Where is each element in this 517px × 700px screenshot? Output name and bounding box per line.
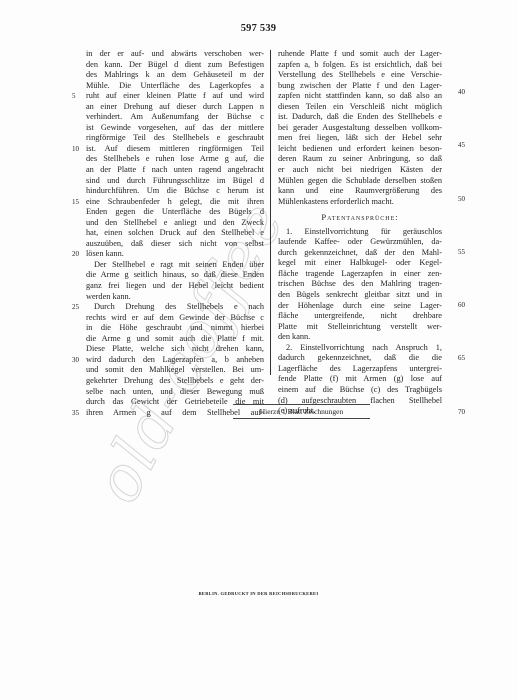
text-line: zapfen a, b folgen. Es ist ersichtlich, …: [278, 60, 442, 71]
claims-heading: Patentansprüche:: [278, 212, 442, 223]
line-number: 40: [458, 88, 465, 96]
text-line: durch gekennzeichnet, daß der den Mahl-: [278, 248, 442, 259]
text-line: fläche untergreifende, nicht drehbare: [278, 311, 442, 322]
text-line: Mühlen gegen die Schublade derselben sto…: [278, 176, 442, 187]
text-line: den Bügels senkrecht gleitbar sitzt und …: [278, 290, 442, 301]
line-number: 55: [458, 248, 465, 256]
line-number: 70: [458, 408, 465, 416]
text-line: ist. Auf diesem mittleren ringförmigen T…: [86, 144, 264, 155]
text-line: Diese Platte, welche sich nicht drehen k…: [86, 344, 264, 355]
text-line: des Stellhebels e ruhen lose Arme g auf,…: [86, 154, 264, 165]
text-line: laufende Kaffee- oder Gewürzmühlen, da-: [278, 237, 442, 248]
text-line: gekehrter Drehung des Stellhebels e geht…: [86, 376, 264, 387]
right-column: ruhende Platte f und somit auch der Lage…: [278, 49, 442, 417]
line-number: 30: [72, 356, 84, 364]
text-line: Mühlenkastens erforderlich macht.: [278, 197, 442, 208]
text-line: kann und eine Raumvergrößerung des: [278, 186, 442, 197]
text-line: bung zwischen der Platte f und den Lager…: [278, 81, 442, 92]
text-line: er auch nicht bei niedrigen Kästen der: [278, 165, 442, 176]
text-line: Durch Drehung des Stellhebels e nach: [86, 302, 264, 313]
line-number: 50: [458, 195, 465, 203]
text-line: werden kann.: [86, 292, 264, 303]
text-line: selbe nach unten, und dieser Bewegung mu…: [86, 387, 264, 398]
column-divider: [270, 50, 271, 375]
line-number: 10: [72, 145, 84, 153]
line-number: 45: [458, 141, 465, 149]
drawing-sheet-note: Hierzu 1 Blatt Zeichnungen: [233, 404, 370, 419]
text-line: lösen kann.: [86, 249, 264, 260]
printer-imprint: BERLIN. GEDRUCKT IN DER REICHSDRUCKEREI: [0, 591, 517, 596]
text-line: und somit den Mahlkegel verstellen. Bei …: [86, 365, 264, 376]
text-line: Lagerfläche des Lagerzapfens untergrei-: [278, 364, 442, 375]
text-line: in der er auf- und abwärts verschoben we…: [86, 49, 264, 60]
text-line: eine Schraubenfeder h gelegt, die mit ih…: [86, 197, 264, 208]
text-line: die Arme g und somit auch die Platte f m…: [86, 334, 264, 345]
text-line: Mühle. Die Unterfläche des Lagerkopfes a: [86, 81, 264, 92]
line-number: 5: [72, 92, 84, 100]
text-line: fläche tragende Lagerzapfen in einer zen…: [278, 269, 442, 280]
text-line: kegel mit einer Halbkugel- oder Kegel-: [278, 258, 442, 269]
text-line: den kann. Der Bügel d dient zum Befestig…: [86, 60, 264, 71]
line-number: 20: [72, 250, 84, 258]
text-line: bei gerader Ausgestaltung desselben voll…: [278, 123, 442, 134]
line-number: 65: [458, 354, 465, 362]
text-line: den kann.: [278, 332, 442, 343]
text-line: auszuüben, daß dieser sich nicht von sel…: [86, 239, 264, 250]
text-line: ringförmige Teil des Stellhebels e gesch…: [86, 133, 264, 144]
text-line: zapfen nicht stattfinden kann, so daß al…: [278, 91, 442, 102]
line-number: 60: [458, 301, 465, 309]
text-line: Verstellung des Stellhebels e eine Versc…: [278, 70, 442, 81]
line-number: 35: [72, 409, 84, 417]
text-line: fende Platte (f) mit Armen (g) lose auf: [278, 374, 442, 385]
text-line: sind und durch Führungsschlitze im Bügel…: [86, 176, 264, 187]
text-line: dadurch gekennzeichnet, daß die die: [278, 353, 442, 364]
text-line: an einer Drehung auf dieser durch Lappen…: [86, 102, 264, 113]
text-line: ist Gewinde vorgesehen, auf das der mitt…: [86, 123, 264, 134]
text-line: diesen Teilen ein Verschleiß nicht mögli…: [278, 102, 442, 113]
line-number: 15: [72, 198, 84, 206]
text-line: und den Stellhebel e anliegt und den Zwe…: [86, 218, 264, 229]
text-line: men frei liegen, läßt sich der Hebel seh…: [278, 133, 442, 144]
text-line: 2. Einstellvorrichtung nach Anspruch 1,: [278, 343, 442, 354]
text-line: an der Platte f nach unten ragend angebr…: [86, 165, 264, 176]
text-line: ruht auf einer kleinen Platte f auf und …: [86, 91, 264, 102]
text-line: 1. Einstellvorrichtung für geräuschlos: [278, 227, 442, 238]
text-line: verhindert. Am Außenumfang der Büchse c: [86, 112, 264, 123]
text-line: in die Höhe geschraubt und nimmt hierbei: [86, 323, 264, 334]
text-line: einem auf die Büchse (c) des Tragbügels: [278, 385, 442, 396]
text-line: der Höhenlage durch eine seine Lager-: [278, 301, 442, 312]
text-line: ist. Dadurch, daß die Enden des Stellheb…: [278, 112, 442, 123]
text-line: trischen Büchse des den Mahlring tragen-: [278, 279, 442, 290]
text-line: wird dadurch den Lagerzapfen a, b anhebe…: [86, 355, 264, 366]
text-line: ganz frei liegen und der Hebel leicht be…: [86, 281, 264, 292]
text-line: Enden gegen die Unterfläche des Bügels d: [86, 207, 264, 218]
text-line: ruhende Platte f und somit auch der Lage…: [278, 49, 442, 60]
line-number: 25: [72, 303, 84, 311]
text-line: Platte mit Stelleinrichtung verstellt we…: [278, 322, 442, 333]
text-line: des Mahlrings k an dem Gehäuseteil m der: [86, 70, 264, 81]
text-line: Der Stellhebel e ragt mit seinen Enden ü…: [86, 260, 264, 271]
text-line: hindurchführen. Um die Büchse c herum is…: [86, 186, 264, 197]
left-column: in der er auf- und abwärts verschoben we…: [86, 49, 264, 418]
text-line: leicht bedienen und erfordert keinen bes…: [278, 144, 442, 155]
text-line: hat, einen solchen Druck auf den Stellhe…: [86, 228, 264, 239]
page-number: 597 539: [0, 23, 517, 34]
text-line: die Arme g seitlich hinaus, so daß diese…: [86, 270, 264, 281]
text-line: deren Raum zu seiner Anbringung, so daß: [278, 154, 442, 165]
text-line: rechts wird er auf dem Gewinde der Büchs…: [86, 313, 264, 324]
